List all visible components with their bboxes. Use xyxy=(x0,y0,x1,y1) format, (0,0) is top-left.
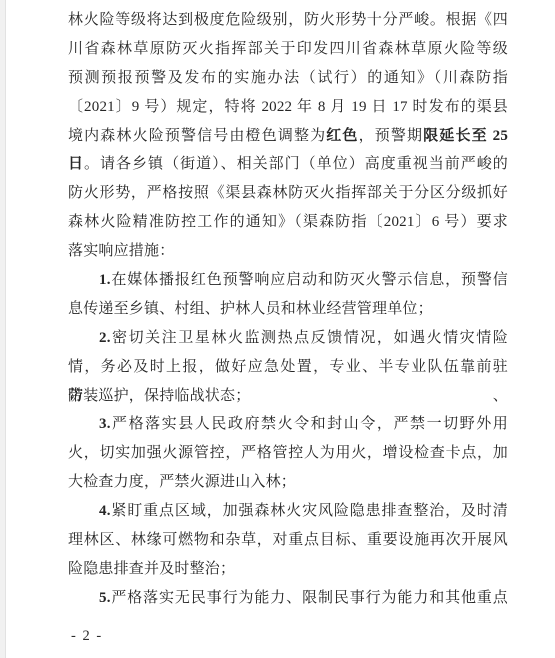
bold-text-segment: 3. xyxy=(99,416,111,432)
document-body: 林火险等级将达到极度危险级别，防火形势十分严峻。根据《四川省森林草原防灭火指挥部… xyxy=(68,6,508,613)
text-segment: 林火险等级将达到极度危险级别，防火形势十分严峻。根据《四 xyxy=(68,12,508,28)
text-segment: 在媒体播报红色预警响应启动和防灭火警示信息，预警信 xyxy=(111,272,508,288)
text-segment: ，预警期 xyxy=(359,128,424,144)
document-line: 森林火险精准防控工作的通知》（渠森防指〔2021〕6 号）要求 xyxy=(68,208,508,237)
bold-text-segment: 2. xyxy=(99,330,111,346)
scan-edge-strip xyxy=(0,0,6,658)
text-segment: 严格落实无民事行为能力、限制民事行为能力和其他重点 xyxy=(111,590,508,606)
text-segment: 森林火险精准防控工作的通知》（渠森防指〔2021〕6 号）要求 xyxy=(68,214,508,230)
document-page: 林火险等级将达到极度危险级别，防火形势十分严峻。根据《四川省森林草原防灭火指挥部… xyxy=(0,0,555,658)
document-line: 落实响应措施： xyxy=(68,237,508,266)
text-segment: 息传递至乡镇、村组、护林人员和林业经营管理单位； xyxy=(68,301,433,317)
document-line: 3.严格落实县人民政府禁火令和封山令，严禁一切野外用 xyxy=(68,410,508,439)
text-segment: 川省森林草原防灭火指挥部关于印发四川省森林草原火险等级 xyxy=(68,41,508,57)
text-segment: 火，切实加强火源管控，严格管控人为用火，增设检查卡点，加 xyxy=(68,445,508,461)
text-segment: 理林区、林缘可燃物和杂草，对重点目标、重要设施再次开展风 xyxy=(68,532,508,548)
bold-text-segment: 5. xyxy=(99,590,111,606)
text-segment: 预测预报预警及发布的实施办法（试行）的通知》（川森防指 xyxy=(68,70,508,86)
document-line: 理林区、林缘可燃物和杂草，对重点目标、重要设施再次开展风 xyxy=(68,526,508,555)
text-segment: 落实响应措施： xyxy=(68,243,174,259)
document-line: 1.在媒体播报红色预警响应启动和防灭火警示信息，预警信 xyxy=(68,266,508,295)
document-line: 防火形势，严格按照《渠县森林防灭火指挥部关于分区分级抓好 xyxy=(68,179,508,208)
text-segment: 紧盯重点区域，加强森林火灾风险隐患排查整治，及时清 xyxy=(111,503,508,519)
document-line: 情，务必及时上报，做好应急处置，专业、半专业队伍靠前驻防、 xyxy=(68,353,508,382)
page-number: - 2 - xyxy=(71,628,103,645)
document-line: 川省森林草原防灭火指挥部关于印发四川省森林草原火险等级 xyxy=(68,35,508,64)
text-segment: 大检查力度，严禁火源进山入林； xyxy=(68,474,296,490)
text-segment: 境内森林火险预警信号由橙色调整为 xyxy=(68,128,326,144)
text-segment: 防火形势，严格按照《渠县森林防灭火指挥部关于分区分级抓好 xyxy=(68,185,508,201)
bold-text-segment: 日 xyxy=(68,156,84,172)
document-line: 5.严格落实无民事行为能力、限制民事行为能力和其他重点 xyxy=(68,584,508,613)
bold-text-segment: 4. xyxy=(99,503,111,519)
document-line: 日。请各乡镇（街道）、相关部门（单位）高度重视当前严峻的 xyxy=(68,150,508,179)
document-line: 火，切实加强火源管控，严格管控人为用火，增设检查卡点，加 xyxy=(68,439,508,468)
document-line: 险隐患排查并及时整治； xyxy=(68,555,508,584)
text-segment: 险隐患排查并及时整治； xyxy=(68,561,235,577)
document-line: 境内森林火险预警信号由橙色调整为红色，预警期限延长至 25 xyxy=(68,122,508,151)
document-line: 息传递至乡镇、村组、护林人员和林业经营管理单位； xyxy=(68,295,508,324)
text-segment: 。请各乡镇（街道）、相关部门（单位）高度重视当前严峻的 xyxy=(84,156,508,172)
document-line: 大检查力度，严禁火源进山入林； xyxy=(68,468,508,497)
document-line: 〔2021〕9 号）规定，特将 2022 年 8 月 19 日 17 时发布的渠… xyxy=(68,93,508,122)
document-line: 2.密切关注卫星林火监测热点反馈情况，如遇火情灾情险 xyxy=(68,324,508,353)
document-line: 林火险等级将达到极度危险级别，防火形势十分严峻。根据《四 xyxy=(68,6,508,35)
text-segment: 密切关注卫星林火监测热点反馈情况，如遇火情灾情险 xyxy=(111,330,508,346)
text-segment: 带装巡护，保持临战状态； xyxy=(68,388,250,404)
document-line: 4.紧盯重点区域，加强森林火灾风险隐患排查整治，及时清 xyxy=(68,497,508,526)
bold-text-segment: 1. xyxy=(99,272,111,288)
text-segment: 〔2021〕9 号）规定，特将 2022 年 8 月 19 日 17 时发布的渠… xyxy=(68,99,508,115)
document-line: 预测预报预警及发布的实施办法（试行）的通知》（川森防指 xyxy=(68,64,508,93)
text-segment: 严格落实县人民政府禁火令和封山令，严禁一切野外用 xyxy=(111,416,508,432)
bold-text-segment: 限延长至 25 xyxy=(423,128,508,144)
bold-text-segment: 红色 xyxy=(326,128,358,144)
